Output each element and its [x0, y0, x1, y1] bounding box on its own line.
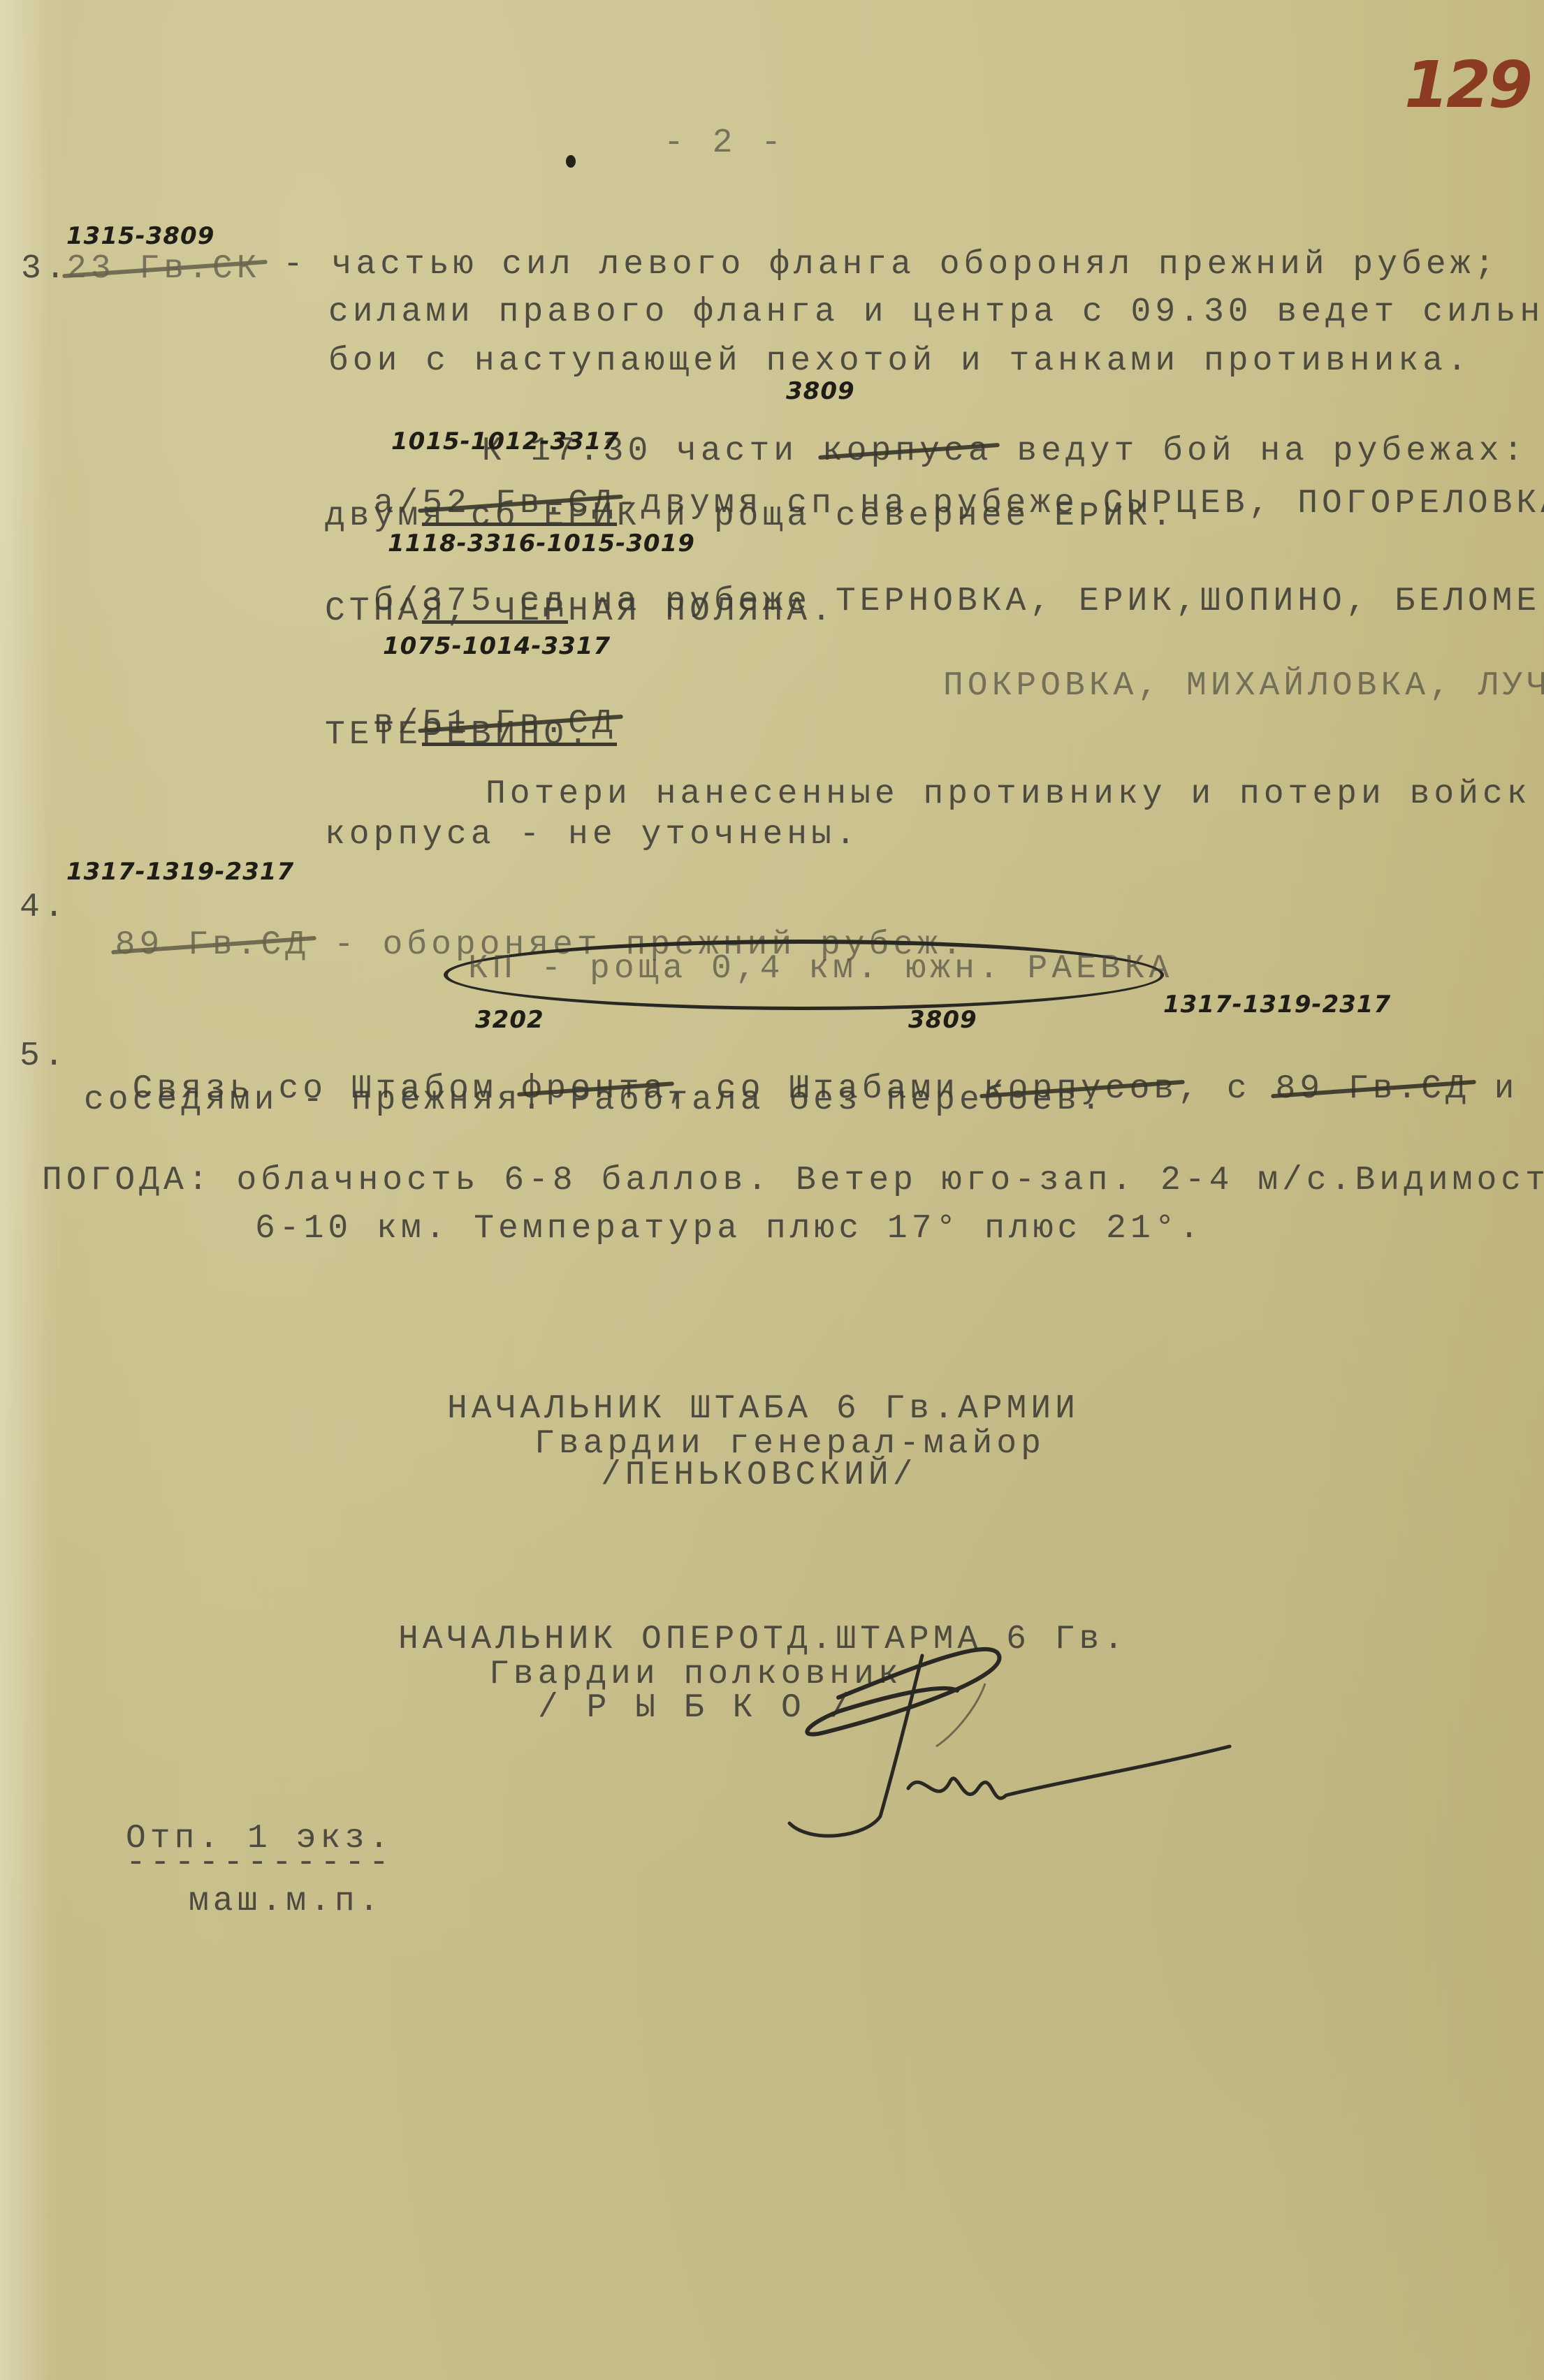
item5-line-2: соседями - прежняя. Работала без перебое… — [84, 1081, 1105, 1119]
item5-corps-annotation: 3809 — [908, 1006, 977, 1034]
item5-text-c: , с — [1178, 1070, 1275, 1108]
losses-line-2: корпуса - не уточнены. — [325, 816, 860, 854]
item4-number: 4. — [20, 889, 68, 926]
item3-number: 3. — [21, 250, 70, 288]
item6-line-1: ПОГОДА: облачность 6-8 баллов. Ветер юго… — [42, 1162, 1544, 1199]
item5-number: 5. — [20, 1037, 68, 1075]
handwritten-signature — [699, 1628, 1272, 1851]
sig1-name: /ПЕНЬКОВСКИЙ/ — [601, 1457, 917, 1494]
footer-typist: маш.м.п. — [189, 1883, 383, 1920]
item3-unit-struck: 23 Гв.СК — [66, 250, 261, 288]
item5-front-annotation: 3202 — [475, 1006, 544, 1034]
sub-v-line-1: ПОКРОВКА, МИХАЙЛОВКА, ЛУЧКИ, — [943, 667, 1544, 705]
item4-unit-annotation: 1317-1319-2317 — [66, 858, 294, 886]
time-line-annotation: 3809 — [786, 377, 855, 405]
item3-unit-annotation: 1315-3809 — [66, 222, 214, 250]
losses-line-1: Потери нанесенные противнику и потери во… — [486, 775, 1531, 813]
item5-div-annotation: 1317-1319-2317 — [1163, 991, 1391, 1019]
item3-line-3: бои с наступающей пехотой и танками прот… — [328, 342, 1471, 380]
item5-text-d: и — [1470, 1070, 1519, 1108]
ink-dot — [566, 155, 576, 168]
kp-text: КП - роща 0,4 км. южн. РАЕВКА — [468, 950, 1173, 988]
item3-line-1: - частью сил левого фланга оборонял преж… — [283, 246, 1499, 284]
item4-unit-struck: 89 Гв.СД — [115, 926, 309, 964]
sig1-title: НАЧАЛЬНИК ШТАБА 6 Гв.АРМИИ — [447, 1390, 1079, 1428]
item6-line-2: 6-10 км. Температура плюс 17° плюс 21°. — [255, 1210, 1203, 1248]
folio-number: 129 — [1404, 48, 1530, 122]
sub-v-line-2: ТЕТЕРЕВИНО. — [325, 716, 592, 754]
item5-div-struck: 89 Гв.СД — [1275, 1070, 1469, 1108]
page-marker: - 2 - — [664, 124, 785, 162]
sub-b-line-2: СТНАЯ, ЧЕРНАЯ ПОЛЯНА. — [325, 592, 836, 630]
footer-dashes: ----------- — [126, 1844, 393, 1882]
sub-v-annotation: 1075-1014-3317 — [383, 632, 611, 660]
item3-line-2: силами правого фланга и центра с 09.30 в… — [328, 293, 1544, 331]
